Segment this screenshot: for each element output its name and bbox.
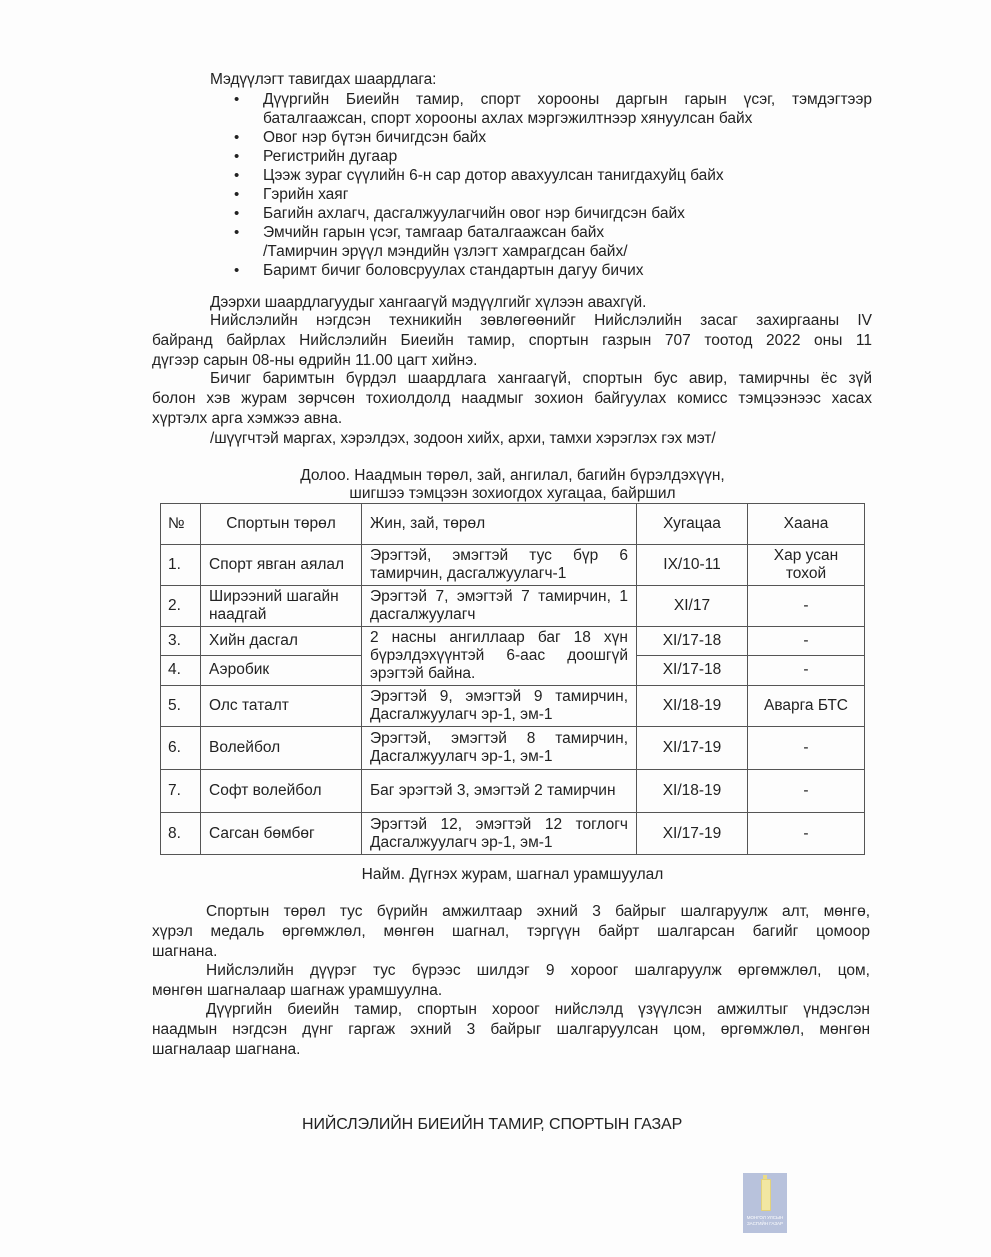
table-row: 6. Волейбол Эрэгтэй, эмэгтэй 8 тамирчин,… (161, 727, 865, 770)
signature-organization: НИЙСЛЭЛИЙН БИЕИЙН ТАМИР, СПОРТЫН ГАЗАР (302, 1115, 682, 1134)
awards-paragraph-2: Нийслэлийн дүүрэг тус бүрээс шилдэг 9 хо… (152, 961, 870, 1001)
section7-title: Долоо. Наадмын төрөл, зай, ангилал, баги… (160, 467, 865, 503)
table-row: 2. Ширээний шагайн наадгай Эрэгтэй 7, эм… (161, 586, 865, 627)
table-row: 1. Спорт явган аялал Эрэгтэй, эмэгтэй ту… (161, 545, 865, 586)
requirement-item: Дүүргийн Биеийн тамир, спорт хорооны дар… (232, 90, 872, 128)
header-detail: Жин, зай, төрөл (362, 504, 637, 545)
section8-title: Найм. Дүгнэх журам, шагнал урамшуулал (160, 866, 865, 884)
header-date: Хугацаа (637, 504, 748, 545)
requirement-item: Эмчийн гарын үсэг, тамгаар баталгаажсан … (232, 223, 872, 261)
requirement-item: Баримт бичиг боловсруулах стандартын даг… (232, 261, 872, 280)
requirement-item: Гэрийн хаяг (232, 185, 872, 204)
sports-schedule-table: № Спортын төрөл Жин, зай, төрөл Хугацаа … (160, 503, 865, 855)
requirements-heading: Мэдүүлэгт тавигдах шаардлага: (210, 70, 436, 89)
violation-paragraph: Бичиг баримтын бүрдэл шаардлага хангаагү… (152, 369, 872, 429)
header-sport: Спортын төрөл (201, 504, 362, 545)
table-row: 5. Олс таталт Эрэгтэй 9, эмэгтэй 9 тамир… (161, 686, 865, 727)
document-page: Мэдүүлэгт тавигдах шаардлага: Дүүргийн Б… (0, 0, 991, 1257)
table-row: 8. Сагсан бөмбөг Эрэгтэй 12, эмэгтэй 12 … (161, 813, 865, 855)
table-row: 3. Хийн дасгал 2 насны ангиллаар баг 18 … (161, 627, 865, 656)
table-header-row: № Спортын төрөл Жин, зай, төрөл Хугацаа … (161, 504, 865, 545)
table-row: 7. Софт волейбол Баг эрэгтэй 3, эмэгтэй … (161, 770, 865, 813)
examples-note: /шүүгчтэй маргах, хэрэлдэх, зодоон хийх,… (210, 429, 716, 448)
government-emblem-logo: МОНГОЛ УЛСЫН ЗАСГИЙН ГАЗАР (743, 1173, 787, 1233)
awards-paragraph-1: Спортын төрөл тус бүрийн амжилтаар эхний… (152, 902, 870, 962)
soyombo-icon (761, 1179, 771, 1211)
requirement-item: Регистрийн дугаар (232, 147, 872, 166)
requirement-item: Овог нэр бүтэн бичигдсэн байх (232, 128, 872, 147)
awards-paragraph-3: Дүүргийн биеийн тамир, спортын хороог ни… (152, 1000, 870, 1060)
requirement-item: Цээж зураг сүүлийн 6-н сар дотор авахуул… (232, 166, 872, 185)
header-number: № (161, 504, 201, 545)
header-location: Хаана (748, 504, 865, 545)
requirement-item: Багийн ахлагч, дасгалжуулагчийн овог нэр… (232, 204, 872, 223)
meeting-paragraph: Нийслэлийн нэгдсэн техникийн зөвлөгөөний… (152, 311, 872, 371)
requirements-closing: Дээрхи шаардлагуудыг хангаагүй мэдүүлгий… (210, 293, 646, 312)
requirements-list: Дүүргийн Биеийн тамир, спорт хорооны дар… (232, 90, 872, 280)
